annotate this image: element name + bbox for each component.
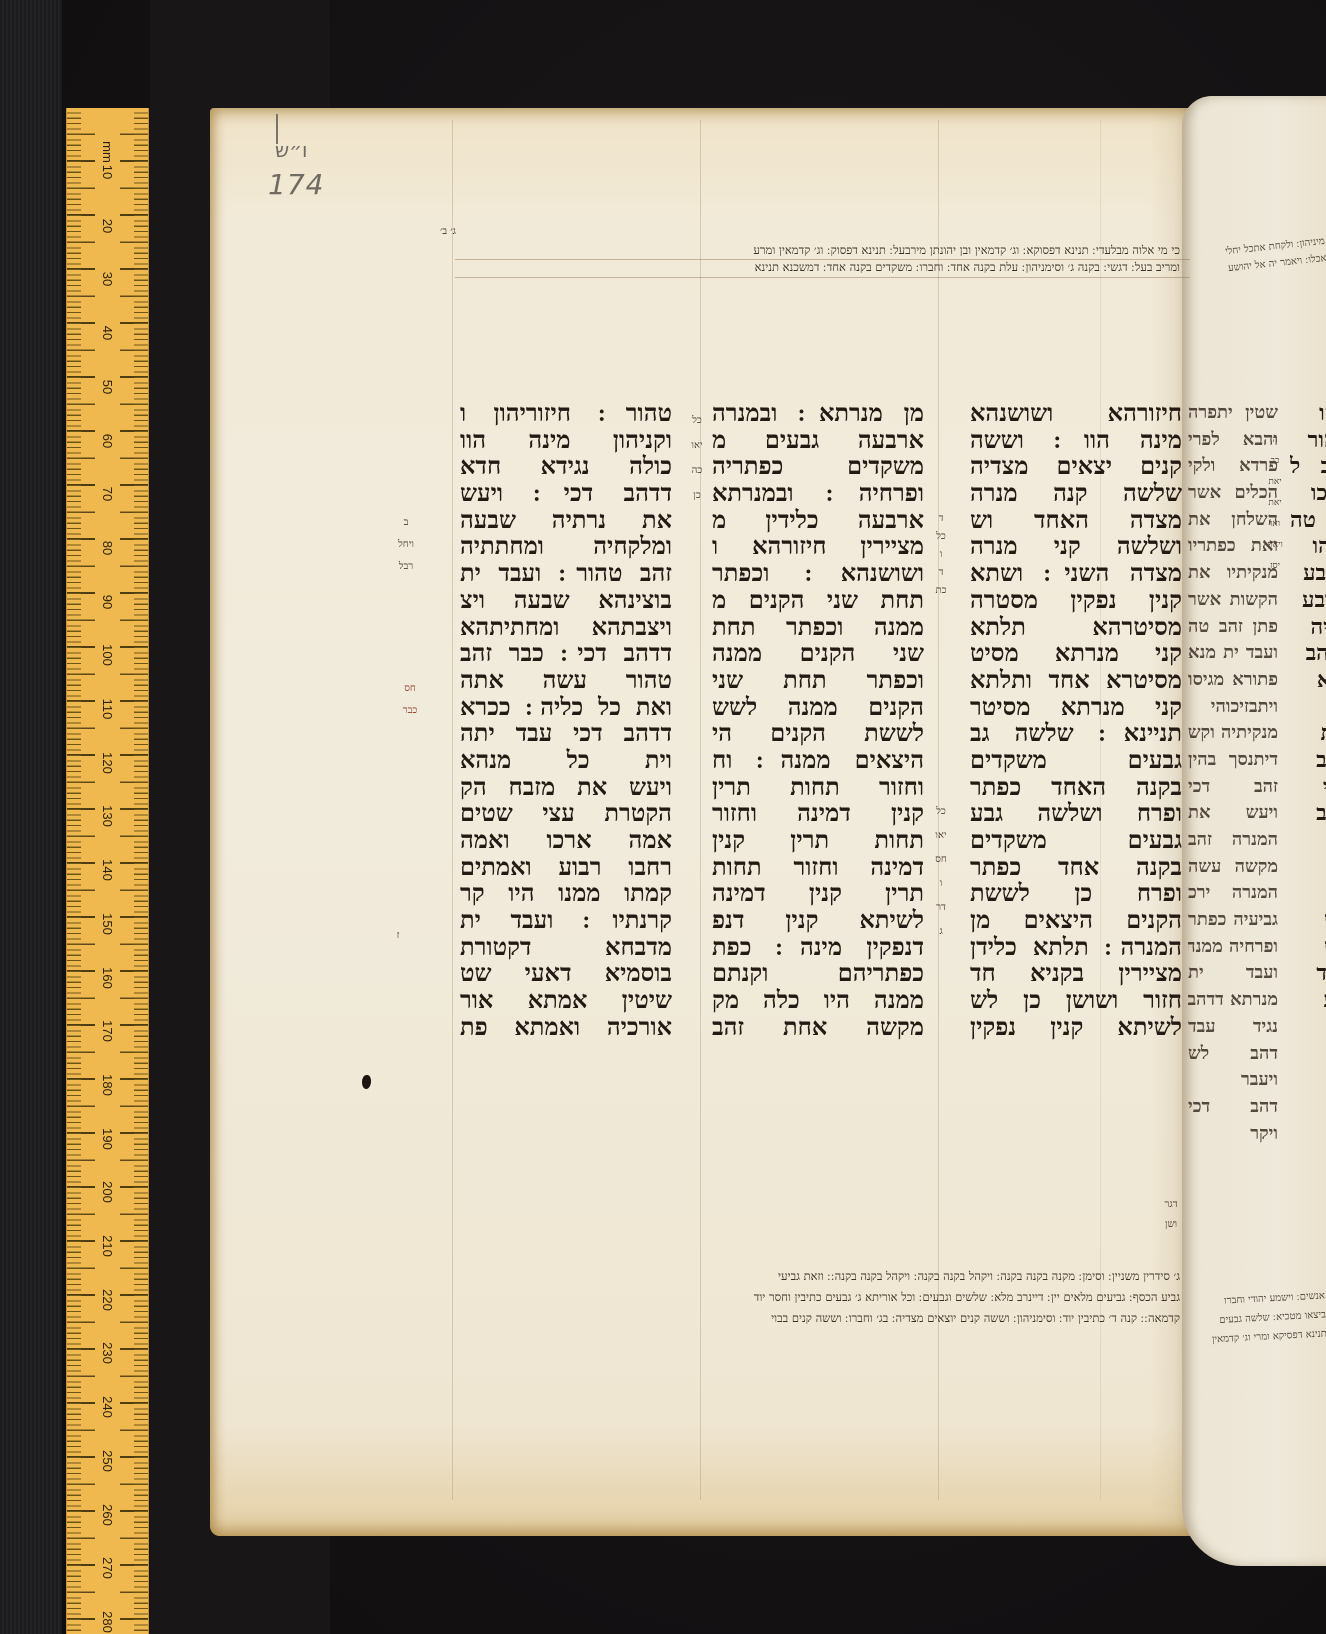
text-line: הקנים היצאים מן [970,907,1182,934]
facing-text-line: ותא [1290,667,1326,694]
text-line: תניינא ׃ שלשה גב [970,720,1182,747]
marginal-notes-left-middle: כליאוכהכן [686,408,708,508]
marginal-note: יאו [930,824,952,848]
text-line: גבעים משקדים [970,827,1182,854]
text-line: קני מנרתא מסיטר [970,694,1182,721]
text-line: מצדה השני ׃ ושתא [970,560,1182,587]
ruler-tick-label: 150 [90,909,126,939]
ruler-tick-label: 30 [90,264,126,294]
measuring-ruler: mm 1020304050607080901001101201301401501… [66,108,149,1634]
marginal-notes-middle-right-lower: כליאוחסודרג [930,800,952,944]
facing-marginal-notes: הכביאתיאתואוויאתיסז [1263,430,1287,577]
text-line: שני הקנים ממנה [712,640,924,667]
facing-text-line: ית [1290,694,1326,721]
marginal-note: כבר [398,700,422,722]
marginal-note: ואו [1263,514,1287,535]
text-line: לשיתא קנין דנפ [712,907,924,934]
facing-text-line: לפ [1290,827,1326,854]
text-line: מצדה האחד וש [970,507,1182,534]
ruler-tick-label: 190 [90,1124,126,1154]
marginal-note: ויאת [1263,535,1287,556]
marginal-notes-below-right: דגרושן [1158,1195,1184,1235]
marginal-notes-outer-red: חסכבר [398,678,422,722]
facing-text-line: זהב ל [1290,453,1326,480]
text-line: דנפקין מינה ׃ כפת [712,934,924,961]
ruler-tick-label: 40 [90,318,126,348]
text-line: רחבו רבוע ואמתים [460,854,672,881]
ruler-tick-label: 230 [90,1338,126,1368]
text-line: שלשה קנה מנרה [970,480,1182,507]
ruler-tick-label: 160 [90,963,126,993]
facing-text-line: דהב דכי [1188,1094,1278,1121]
masorah-side-mark: ג׳ ב׳ [440,226,456,238]
ruler-tick-label: 10 [90,157,126,187]
facing-text-line: דהב לש [1188,1041,1278,1068]
text-line: מקשה אחת זהב [712,1014,924,1041]
text-line: קני מנרתא מסיט [970,640,1182,667]
marginal-note: ד [930,564,952,582]
marginal-note: חס [398,678,422,700]
text-line: תחות תרין קנין [712,827,924,854]
marginal-note: רבל [394,556,418,578]
text-line: חזור ושושן כן לש [970,987,1182,1014]
facing-text-line: זהב דכי [1188,774,1278,801]
ruler-tick-label: 200 [90,1177,126,1207]
text-line: ופרחיה ׃ ובמנרתא [712,480,924,507]
facing-text-line: ארבע [1290,587,1326,614]
text-line: קנים יצאים מצדיה [970,453,1182,480]
text-line: מסיטרהא תלתא [970,614,1182,641]
masorah-line: ג׳ סידרין משניין ׃ וסימן ׃ מקנה בקנה בקנ… [455,1266,1180,1287]
text-column-left: טהור ׃ חיזוריהון ווקניהון מינה הווכולה נ… [460,400,672,1041]
facing-text-line: דהב [1290,747,1326,774]
text-line: וחזור תחות תרין [712,774,924,801]
text-line: מדבחא דקטורת [460,934,672,961]
facing-text-line: דדהב [1290,640,1326,667]
facing-text-line: ויעש את [1188,800,1278,827]
text-line: ושלשה קני מנרה [970,533,1182,560]
facing-text-line: אע [1290,987,1326,1014]
text-line: דדהב דכי עבד יתה [460,720,672,747]
masorah-magna-lower: ג׳ סידרין משניין ׃ וסימן ׃ מקנה בקנה בקנ… [455,1266,1180,1329]
marginal-note: ו [930,546,952,564]
text-line: מסיטרא אחד ותלתא [970,667,1182,694]
text-line: כפתריהם וקנתם [712,960,924,987]
facing-text-line: מקשה עשה [1188,854,1278,881]
marginal-note: כב [1263,451,1287,472]
text-line: דדהב דכי ׃ כבר זהב [460,640,672,667]
marginal-note: כל [686,408,708,433]
text-line: שיטין אמתא אור [460,987,672,1014]
marginal-note: כת [930,582,952,600]
marginal-note: דגר [1158,1195,1184,1215]
ruler-tick-label: 80 [90,533,126,563]
facing-text-line: יתהו [1290,533,1326,560]
text-line: קמתו ממנו היו קר [460,880,672,907]
facing-text-line: ויקר [1188,1121,1278,1148]
folio-hebrew-mark: ו״ש [275,138,308,162]
ruler-tick-label: 220 [90,1285,126,1315]
marginal-note: ה [1263,430,1287,451]
ruler-tick-label: 110 [90,694,126,724]
ruler-tick-label: 270 [90,1553,126,1583]
ruler-tick-label: 240 [90,1392,126,1422]
facing-text-line: מנקיתיה וקש [1188,720,1278,747]
marginal-note: ג [930,920,952,944]
ruler-tick-label: 60 [90,426,126,456]
marginal-note: כה [686,458,708,483]
ruler-tick-label: 280 [90,1607,126,1634]
text-line: בוצינהא שבעה ויצ [460,587,672,614]
facing-text-line: לש [1290,934,1326,961]
masorah-line: גביע הכסף ׃ גביעים מלאים יין ׃ דיינרב מל… [455,1287,1180,1308]
facing-text-line: טהור [1290,427,1326,454]
facing-text-line: נגיד עבד [1188,1014,1278,1041]
text-line: טהור עשה אתה [460,667,672,694]
facing-text-column-b: פטוטהורזהב ללסכוע טהיתהומרבעארבעכליהדדהב… [1290,400,1326,1014]
marginal-note: כל [930,800,952,824]
text-line: הקנים ממנה לשש [712,694,924,721]
facing-text-line: דהב [1290,800,1326,827]
text-line: תרין קנין דמינה [712,880,924,907]
text-line: ומלקחיה ומחתתיה [460,533,672,560]
text-line: לששת הקנים הי [712,720,924,747]
text-line: חיזורהא ושושנהא [970,400,1182,427]
text-line: קרנתיו ׃ ועבד ית [460,907,672,934]
text-line: לשיתא קנין נפקין [970,1014,1182,1041]
text-line: ויצבתהא ומחתיתהא [460,614,672,641]
text-line: המנרה ׃ תלתא כלידן [970,934,1182,961]
text-line: מן מנרתא ׃ ובמנרה [712,400,924,427]
text-line: ממנה וכפתר תחת [712,614,924,641]
ruler-tick-label: 260 [90,1500,126,1530]
text-line: וכפתר תחת שני [712,667,924,694]
facing-masorah-lower: אנשים ׃ וישמע יהודי וחברו ביצאו מטכיא ׃ … [1187,1286,1326,1350]
text-line: וית כל מנהא [460,747,672,774]
text-line: בקנה אחד כפתר [970,854,1182,881]
text-line: ואת כל כליה ׃ ככרא [460,694,672,721]
text-line: אמה ארכו ואמה [460,827,672,854]
text-line: אורכיה ואמתא פת [460,1014,672,1041]
marginal-note: כן [686,483,708,508]
marginal-note: דר [930,896,952,920]
facing-text-line: עבד [1290,960,1326,987]
ruler-tick-label: 180 [90,1070,126,1100]
facing-text-line: ויתבזיכוהי [1188,694,1278,721]
binding-leather-strip [0,0,62,1634]
marginal-note: יאו [686,433,708,458]
text-line: את נרתיה שבעה [460,507,672,534]
facing-text-line: ועבד ית [1188,960,1278,987]
facing-text-line: ויעבר [1188,1067,1278,1094]
text-line: דמינה וחזור תחות [712,854,924,881]
facing-text-line: לסכו [1290,480,1326,507]
facing-text-line: פתן זהב טה [1188,614,1278,641]
facing-text-line: ילת [1290,720,1326,747]
ruler-tick-label: 210 [90,1231,126,1261]
masorah-line: כי מי אלוה מבלעדי ׃ תנינא דפסוקא ׃ וג׳ ק… [455,242,1180,259]
facing-text-line: כליה [1290,614,1326,641]
facing-text-line: ועבד ית מנא [1188,640,1278,667]
masorah-ruled-line [455,259,1190,260]
facing-text-line: דכי [1290,774,1326,801]
facing-text-line: פתורא מגיסו [1188,667,1278,694]
marginal-note: ו [930,872,952,896]
facing-text-line: לש [1290,907,1326,934]
text-line: ארבעה כלידין מ [712,507,924,534]
text-line: ופרח כן לששת [970,880,1182,907]
text-line: כולה נגידא חדא [460,453,672,480]
text-column-right: חיזורהא ושושנהאמינה הוו ׃ וששהקנים יצאים… [970,400,1182,1041]
facing-text-line: שטין יתפרה [1188,400,1278,427]
text-column-middle: מן מנרתא ׃ ובמנרהארבעה גבעים ממשקדים כפת… [712,400,924,1041]
text-line: קנין דמינה וחזור [712,800,924,827]
ruling-line [452,120,453,1500]
text-line: וקניהון מינה הוו [460,427,672,454]
facing-text-line: ופרחיה ממנה [1188,934,1278,961]
ruler-tick-label: 90 [90,587,126,617]
marginal-notes-middle-right: דכלודכת [930,510,952,600]
ruler-tick-label: 250 [90,1446,126,1476]
ruler-tick-label: 20 [90,211,126,241]
facing-text-line: המנרה זהב [1188,827,1278,854]
text-line: ממנה היו כלה מק [712,987,924,1014]
ruler-tick-label: 120 [90,748,126,778]
text-line: זהב טהור ׃ ועבד ית [460,560,672,587]
ruler-tick-label: 100 [90,640,126,670]
ruler-tick-label: 140 [90,855,126,885]
text-line: דדהב דכי ׃ ויעש [460,480,672,507]
marginal-note: ויחל [394,534,418,556]
facing-text-line: סכ [1290,880,1326,907]
text-line: ארבעה גבעים מ [712,427,924,454]
facing-text-line: ע טה [1290,507,1326,534]
masorah-line: קדמאה ׃ ׃ קנה ד׳ כתיבין יוד ׃ וסימניהון … [455,1308,1180,1329]
ruler-tick-label: 130 [90,801,126,831]
facing-text-line: פטו [1290,400,1326,427]
facing-text-line: מרבע [1290,560,1326,587]
facing-text-line: פד [1290,854,1326,881]
text-line: גבעים משקדים [970,747,1182,774]
ruler-tick-label: 170 [90,1016,126,1046]
masorah-line: ומריב בעל ׃ דגשי ׃ בקנה ג׳ וסימניהון ׃ ע… [455,259,1180,276]
marginal-note-small: ז [390,925,406,947]
text-line: ויעש את מזבח הק [460,774,672,801]
marginal-note: יסז [1263,556,1287,577]
text-line: ופרח ושלשה גבע [970,800,1182,827]
text-line: בקנה האחד כפתר [970,774,1182,801]
marginal-note: יאת [1263,472,1287,493]
marginal-note: ושן [1158,1215,1184,1235]
text-line: הקטרת עצי שטים [460,800,672,827]
text-line: היצאים ממנה ׃ וח [712,747,924,774]
text-line: תחת שני הקנים מ [712,587,924,614]
marginal-note: כל [930,528,952,546]
facing-text-line: מנרתא דדהב [1188,987,1278,1014]
marginal-notes-outer: בויחלרבל [394,512,418,578]
text-line: מינה הוו ׃ וששה [970,427,1182,454]
facing-text-line: הקשות אשר [1188,587,1278,614]
facing-text-line: דיתנסך בהין [1188,747,1278,774]
ruler-tick-label: 50 [90,372,126,402]
text-line: קנין נפקין מסטרה [970,587,1182,614]
marginal-note: חס [930,848,952,872]
masorah-ruled-line [455,277,1190,278]
text-line: משקדים כפתריה [712,453,924,480]
marginal-note: ב [394,512,418,534]
marginal-note: ד [930,510,952,528]
text-line: טהור ׃ חיזוריהון ו [460,400,672,427]
facing-text-line: המנרה ירכ [1188,880,1278,907]
text-line: מציירין חיזורהא ו [712,533,924,560]
text-line: מציירין בקניא חד [970,960,1182,987]
facing-text-line: גביעיה כפתר [1188,907,1278,934]
text-line: ושושנהא ׃ וכפתר [712,560,924,587]
text-line: בוסמיא דאעי שט [460,960,672,987]
marginal-note: יאת [1263,493,1287,514]
ruler-tick-label: 70 [90,479,126,509]
folio-number: 174 [268,168,324,201]
